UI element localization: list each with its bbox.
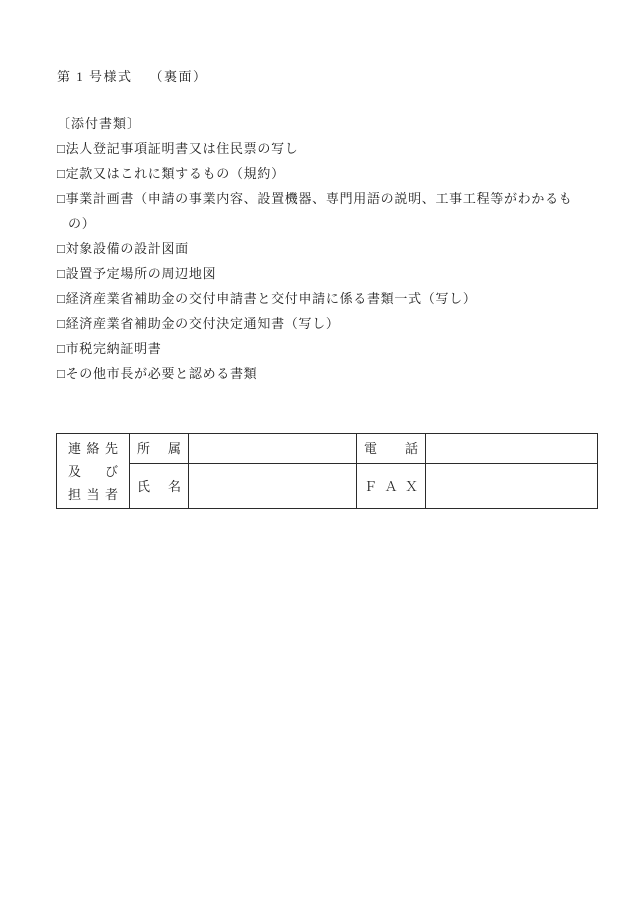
- attachment-item-text: その他市長が必要と認める書類: [66, 366, 258, 381]
- department-label-cell: 所属: [130, 434, 189, 464]
- attachment-item-text: 対象設備の設計図面: [66, 241, 189, 256]
- name-value-cell: [189, 464, 357, 509]
- attachments-section-label: 〔添付書類〕: [57, 111, 141, 136]
- checkbox-icon: □: [57, 186, 66, 211]
- row-header-line: 担当者: [57, 483, 129, 506]
- attachment-item: □事業計画書（申請の事業内容、設置機器、専門用語の説明、工事工程等がわかるも の…: [57, 186, 572, 236]
- attachment-item: □設置予定場所の周辺地図: [57, 261, 572, 286]
- checkbox-icon: □: [57, 161, 66, 186]
- form-number: 第 1 号様式: [57, 69, 133, 84]
- form-side-note: （裏面）: [150, 69, 208, 84]
- attachment-item-text: 定款又はこれに類するもの（規約）: [66, 166, 285, 181]
- attachment-item: □対象設備の設計図面: [57, 236, 572, 261]
- attachment-item-text: 事業計画書（申請の事業内容、設置機器、専門用語の説明、工事工程等がわかるも: [66, 191, 573, 206]
- contact-row-header: 連絡先 及び 担当者: [57, 434, 130, 509]
- row-header-line: 及び: [57, 460, 129, 483]
- row-header-line: 連絡先: [57, 437, 129, 460]
- attachment-item-text-continuation: の）: [68, 211, 572, 236]
- attachment-item: □定款又はこれに類するもの（規約）: [57, 161, 572, 186]
- attachment-item-text: 法人登記事項証明書又は住民票の写し: [66, 141, 299, 156]
- checkbox-icon: □: [57, 311, 66, 336]
- name-label-cell: 氏名: [130, 464, 189, 509]
- phone-label: 電話: [357, 441, 425, 456]
- attachment-item-text: 経済産業省補助金の交付決定通知書（写し）: [66, 316, 340, 331]
- attachment-item: □経済産業省補助金の交付決定通知書（写し）: [57, 311, 572, 336]
- contact-table: 連絡先 及び 担当者 所属 電話 氏名: [56, 433, 598, 509]
- attachment-item: □法人登記事項証明書又は住民票の写し: [57, 136, 572, 161]
- name-label: 氏名: [130, 479, 188, 494]
- checkbox-icon: □: [57, 236, 66, 261]
- checkbox-icon: □: [57, 136, 66, 161]
- checkbox-icon: □: [57, 286, 66, 311]
- attachment-item: □市税完納証明書: [57, 336, 572, 361]
- attachment-item: □経済産業省補助金の交付申請書と交付申請に係る書類一式（写し）: [57, 286, 572, 311]
- fax-value-cell: [426, 464, 598, 509]
- checkbox-icon: □: [57, 361, 66, 386]
- fax-label: ＦＡＸ: [357, 479, 425, 494]
- checkbox-icon: □: [57, 336, 66, 361]
- attachment-list: □法人登記事項証明書又は住民票の写し □定款又はこれに類するもの（規約） □事業…: [57, 136, 572, 386]
- phone-label-cell: 電話: [357, 434, 426, 464]
- attachment-item-text: 市税完納証明書: [66, 341, 162, 356]
- attachment-item: □その他市長が必要と認める書類: [57, 361, 572, 386]
- department-label: 所属: [130, 441, 188, 456]
- attachment-item-text: 設置予定場所の周辺地図: [66, 266, 217, 281]
- fax-label-cell: ＦＡＸ: [357, 464, 426, 509]
- form-header: 第 1 号様式（裏面）: [57, 64, 208, 89]
- document-page: 第 1 号様式（裏面） 〔添付書類〕 □法人登記事項証明書又は住民票の写し □定…: [0, 0, 630, 903]
- attachment-item-text: 経済産業省補助金の交付申請書と交付申請に係る書類一式（写し）: [66, 291, 477, 306]
- department-value-cell: [189, 434, 357, 464]
- checkbox-icon: □: [57, 261, 66, 286]
- phone-value-cell: [426, 434, 598, 464]
